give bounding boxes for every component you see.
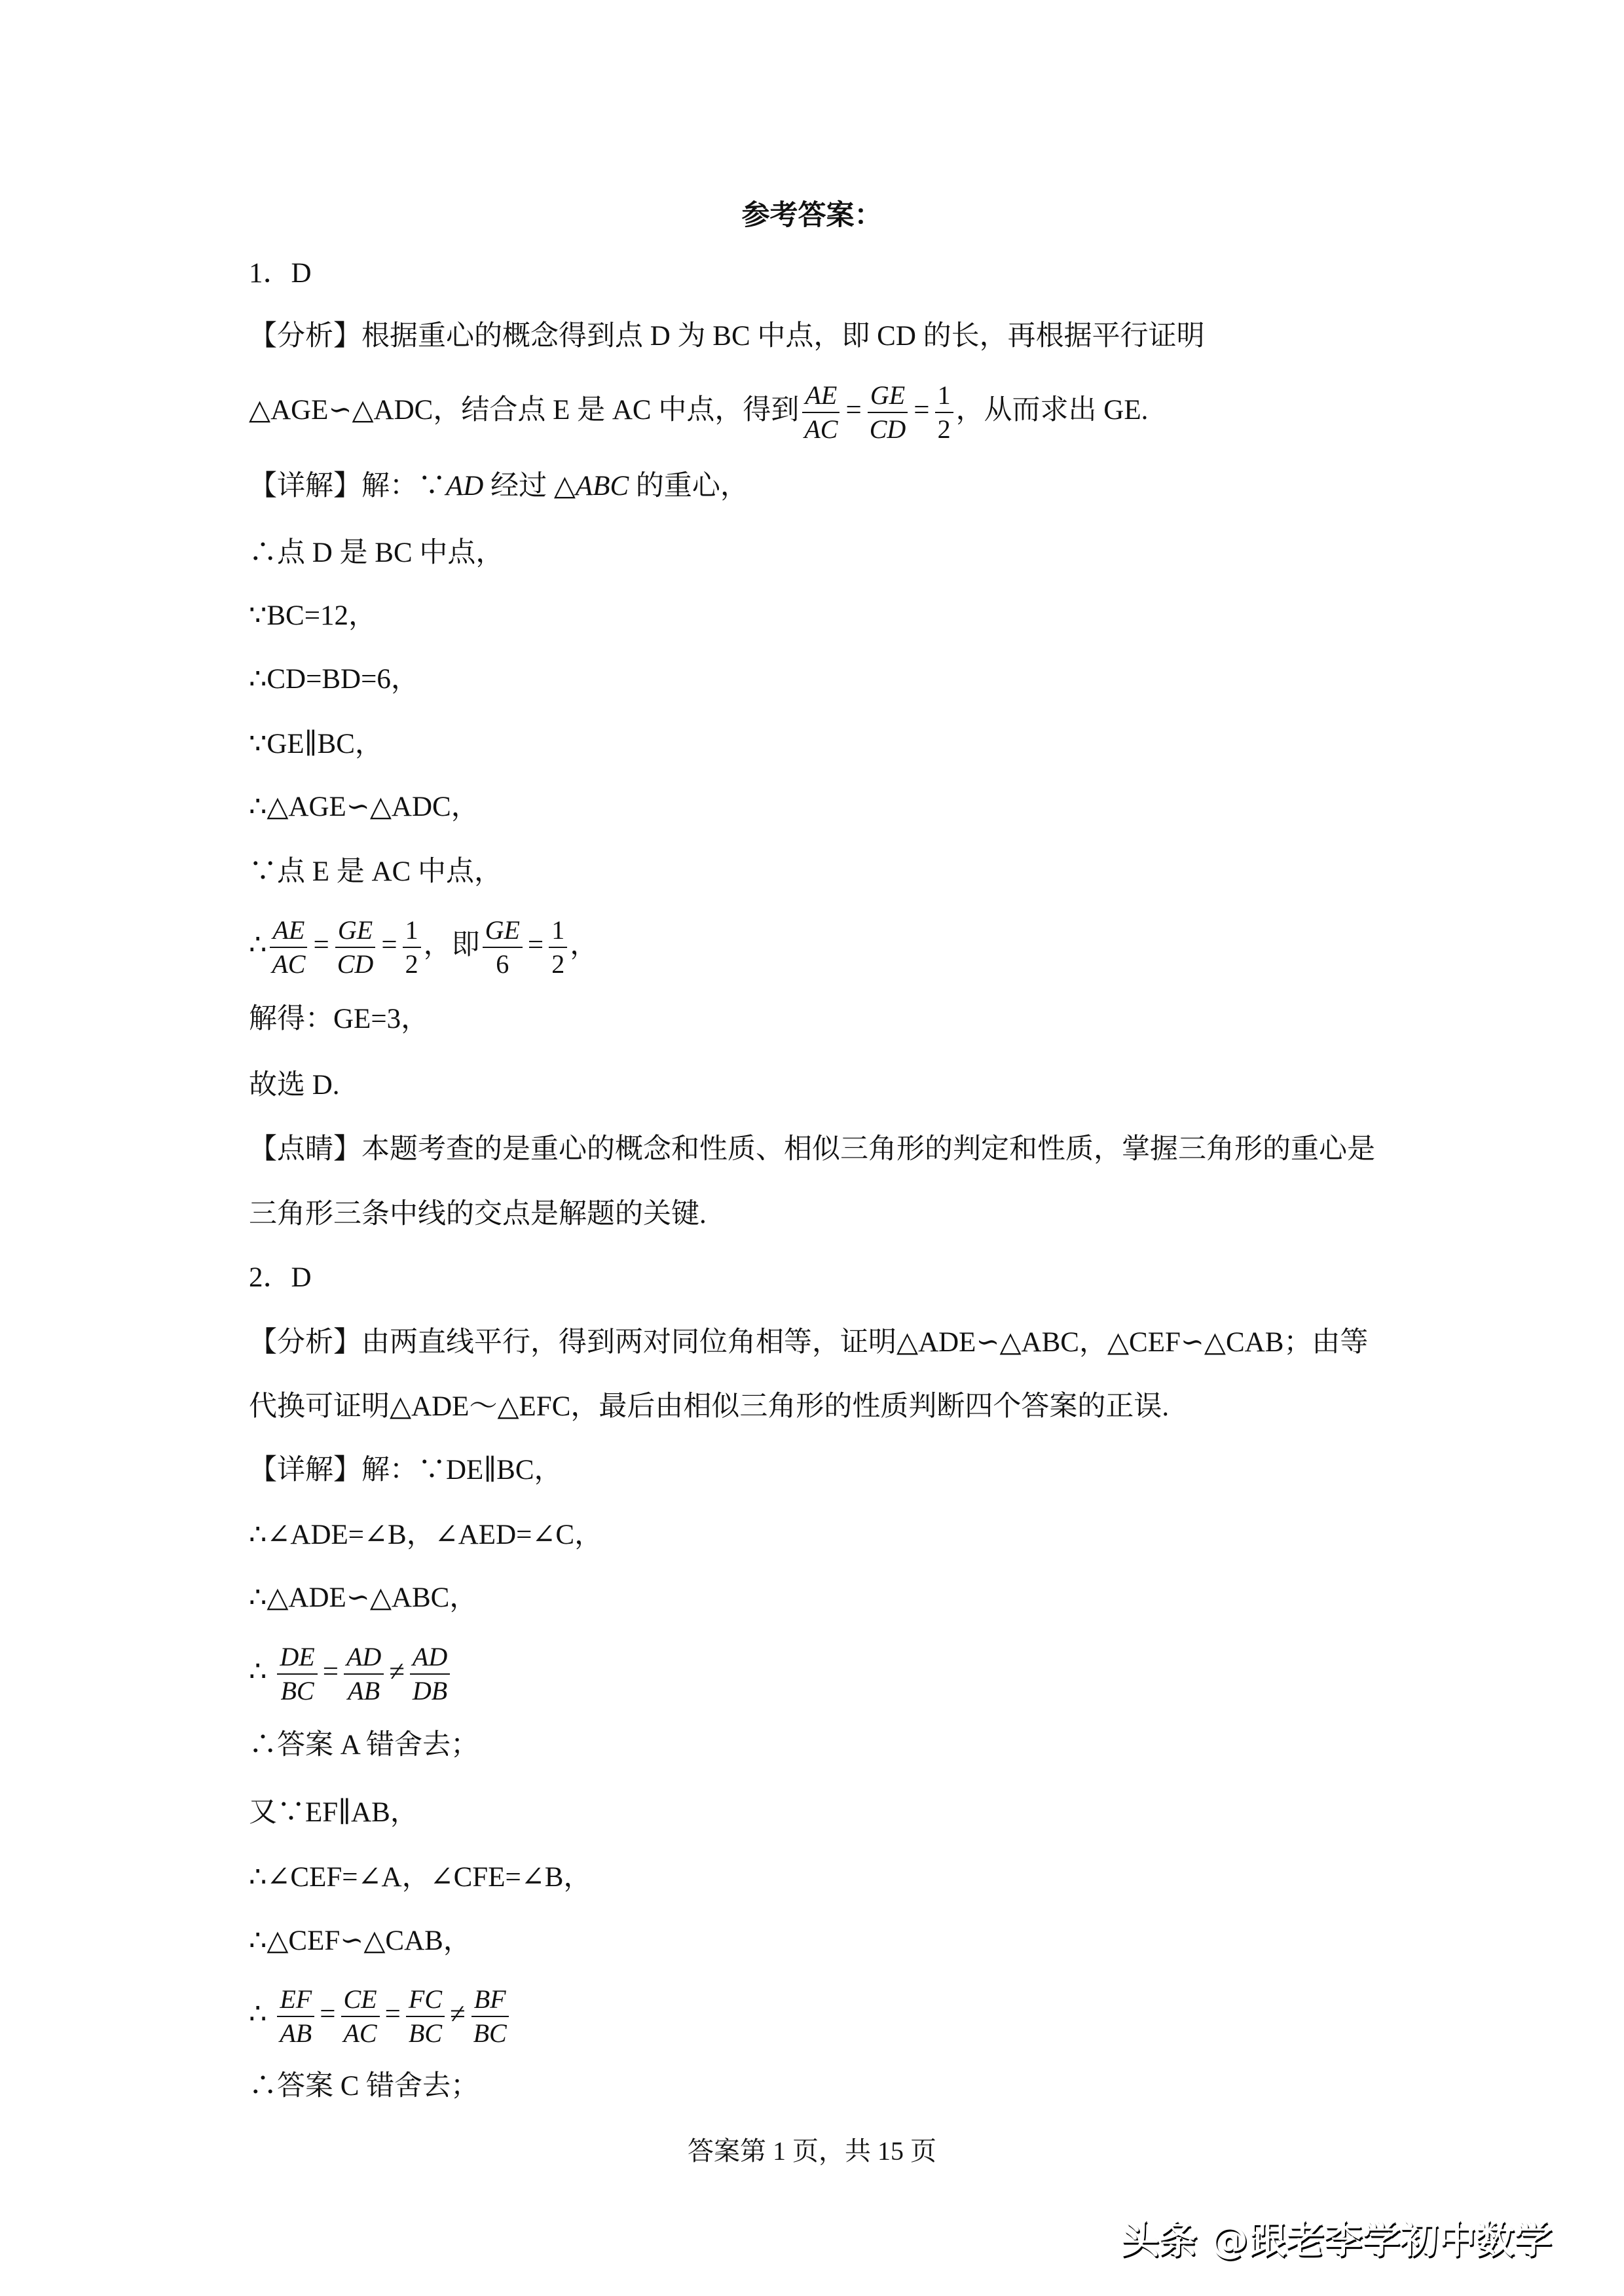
q1-analysis-text-pre: △AGE∽△ADC，结合点 E 是 AC 中点，得到 bbox=[249, 395, 799, 426]
denominator: AB bbox=[345, 1675, 382, 1706]
fraction-ad-ab: ADAB bbox=[344, 1642, 384, 1706]
q1-step: ∵GE∥BC， bbox=[249, 728, 383, 761]
denominator: BC bbox=[471, 2017, 509, 2049]
q1-detail-line: 【详解】解：∵AD 经过 △ABC 的重心， bbox=[249, 470, 748, 503]
q1-step: ∴CD=BD=6， bbox=[249, 663, 419, 696]
denominator: 2 bbox=[403, 948, 421, 979]
denominator: DB bbox=[410, 1675, 450, 1706]
not-equal-sign: ≠ bbox=[389, 1656, 405, 1687]
numerator: AD bbox=[410, 1642, 450, 1675]
q1-step: ∴△AGE∽△ADC， bbox=[249, 791, 479, 824]
fraction-ce-ac: CEAC bbox=[341, 1984, 380, 2049]
q1-comment-line1: 【点睛】本题考查的是重心的概念和性质、相似三角形的判定和性质，掌握三角形的重心是 bbox=[249, 1133, 1375, 1166]
q2-answer: 2．D bbox=[249, 1262, 312, 1294]
detail-text: 的重心， bbox=[629, 471, 748, 501]
equals-sign: = bbox=[381, 930, 397, 960]
not-equal-sign: ≠ bbox=[450, 1999, 466, 2030]
numerator: AD bbox=[344, 1642, 384, 1675]
numerator: EF bbox=[277, 1984, 314, 2017]
denominator: CD bbox=[867, 413, 909, 445]
fraction-fc-bc: FCBC bbox=[406, 1984, 445, 2049]
q2-discard-c: ∴答案 C 错舍去； bbox=[249, 2070, 479, 2103]
fraction-ge-cd: GECD bbox=[867, 380, 909, 445]
therefore-symbol: ∴ bbox=[249, 1656, 267, 1687]
denominator: AB bbox=[277, 2017, 314, 2049]
denominator: 2 bbox=[935, 413, 953, 445]
numerator: 1 bbox=[549, 915, 567, 948]
denominator: CD bbox=[335, 948, 377, 979]
denominator: AC bbox=[341, 2017, 380, 2049]
q1-analysis-line2: △AGE∽△ADC，结合点 E 是 AC 中点，得到AEAC=GECD=12，从… bbox=[249, 378, 1148, 443]
denominator: AC bbox=[269, 948, 308, 979]
fraction-ef-ab: EFAB bbox=[277, 1984, 314, 2049]
therefore-symbol: ∴ bbox=[249, 1999, 267, 2030]
numerator: 1 bbox=[403, 915, 421, 948]
numerator: GE bbox=[335, 915, 375, 948]
fraction-one-half: 12 bbox=[549, 915, 567, 979]
equals-sign: = bbox=[845, 395, 861, 426]
equals-sign: = bbox=[528, 930, 544, 960]
denominator: BC bbox=[278, 1675, 316, 1706]
numerator: AE bbox=[802, 380, 840, 413]
q1-answer: 1．D bbox=[249, 257, 312, 290]
denominator: AC bbox=[802, 413, 840, 445]
watermark: 头条 @跟老李学初中数学 bbox=[1121, 2217, 1552, 2263]
q2-ratio2-line: ∴EFAB=CEAC=FCBC≠BFBC bbox=[249, 1982, 512, 2047]
equals-sign: = bbox=[323, 1656, 339, 1687]
denominator: 6 bbox=[493, 948, 511, 979]
detail-text: 经过 △ bbox=[483, 471, 576, 501]
equals-sign: = bbox=[313, 930, 329, 960]
page-footer: 答案第 1 页，共 15 页 bbox=[0, 2136, 1624, 2167]
q2-discard-a: ∴答案 A 错舍去； bbox=[249, 1729, 479, 1762]
fraction-ae-ac: AEAC bbox=[802, 380, 840, 445]
q1-analysis-line1: 【分析】根据重心的概念得到点 D 为 BC 中点，即 CD 的长，再根据平行证明 bbox=[249, 320, 1205, 353]
q1-step: ∵点 E 是 AC 中点， bbox=[249, 856, 502, 888]
numerator: GE bbox=[483, 915, 523, 948]
q2-ratio1-line: ∴DEBC=ADAB≠ADDB bbox=[249, 1639, 452, 1705]
fraction-ad-db: ADDB bbox=[410, 1642, 450, 1706]
triangle-abc: ABC bbox=[576, 471, 629, 501]
ratio-text: ，即 bbox=[424, 930, 480, 960]
page-title: 参考答案： bbox=[0, 200, 1624, 232]
fraction-ge-cd: GECD bbox=[335, 915, 377, 979]
numerator: GE bbox=[868, 380, 908, 413]
detail-label: 【详解】解：∵ bbox=[249, 471, 446, 501]
q2-step: ∴∠CEF=∠A，∠CFE=∠B， bbox=[249, 1861, 591, 1894]
q1-analysis-text-post: ，从而求出 GE. bbox=[956, 395, 1149, 426]
fraction-one-half: 12 bbox=[403, 915, 421, 979]
fraction-one-half: 12 bbox=[935, 380, 953, 445]
equals-sign: = bbox=[385, 1999, 401, 2030]
numerator: DE bbox=[277, 1642, 317, 1675]
equals-sign: = bbox=[320, 1999, 335, 2030]
q2-analysis-line1: 【分析】由两直线平行，得到两对同位角相等，证明△ADE∽△ABC，△CEF∽△C… bbox=[249, 1326, 1368, 1359]
q2-step: ∴∠ADE=∠B，∠AED=∠C， bbox=[249, 1519, 602, 1552]
q1-step: ∴点 D 是 BC 中点， bbox=[249, 537, 504, 570]
q2-step: 又∵EF∥AB， bbox=[249, 1796, 418, 1829]
q2-step: ∴△ADE∽△ABC， bbox=[249, 1582, 477, 1614]
q2-analysis-line2: 代换可证明△ADE～△EFC，最后由相似三角形的性质判断四个答案的正误. bbox=[249, 1391, 1169, 1423]
numerator: AE bbox=[270, 915, 307, 948]
therefore-symbol: ∴ bbox=[249, 930, 267, 960]
q1-comment-line2: 三角形三条中线的交点是解题的关键. bbox=[249, 1198, 707, 1231]
q2-step: ∴△CEF∽△CAB， bbox=[249, 1925, 471, 1958]
segment-ad: AD bbox=[446, 471, 483, 501]
numerator: BF bbox=[471, 1984, 509, 2017]
numerator: 1 bbox=[935, 380, 953, 413]
q1-solve: 解得：GE=3， bbox=[249, 1003, 429, 1036]
fraction-ge-6: GE6 bbox=[483, 915, 523, 979]
fraction-de-bc: DEBC bbox=[277, 1642, 317, 1706]
numerator: CE bbox=[341, 1984, 380, 2017]
q2-detail-line: 【详解】解：∵DE∥BC， bbox=[249, 1454, 563, 1487]
fraction-bf-bc: BFBC bbox=[471, 1984, 509, 2049]
equals-sign: = bbox=[913, 395, 929, 426]
q1-ratio-line: ∴AEAC=GECD=12，即GE6=12， bbox=[249, 913, 598, 978]
fraction-ae-ac: AEAC bbox=[269, 915, 308, 979]
denominator: 2 bbox=[549, 948, 567, 979]
ratio-text: ， bbox=[570, 930, 598, 960]
denominator: BC bbox=[406, 2017, 445, 2049]
numerator: FC bbox=[406, 1984, 445, 2017]
q1-choose: 故选 D. bbox=[249, 1069, 340, 1102]
q1-step: ∵BC=12， bbox=[249, 600, 377, 632]
